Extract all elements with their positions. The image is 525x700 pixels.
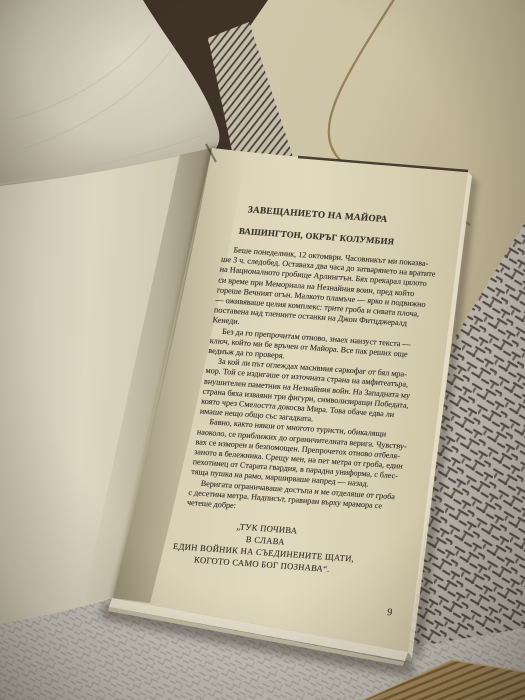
photo-scene: ЗАВЕЩАНИЕТО НА МАЙОРА ВАШИНГТОН, ОКРЪГ К… — [0, 0, 525, 700]
inscription-quote: „ТУК ПОЧИВАВ СЛАВАЕДИН ВОЙНИК НА СЪЕДИНЕ… — [150, 515, 378, 578]
body-paragraphs: Беше понеделник, 12 октомври. Часовникът… — [186, 245, 465, 525]
